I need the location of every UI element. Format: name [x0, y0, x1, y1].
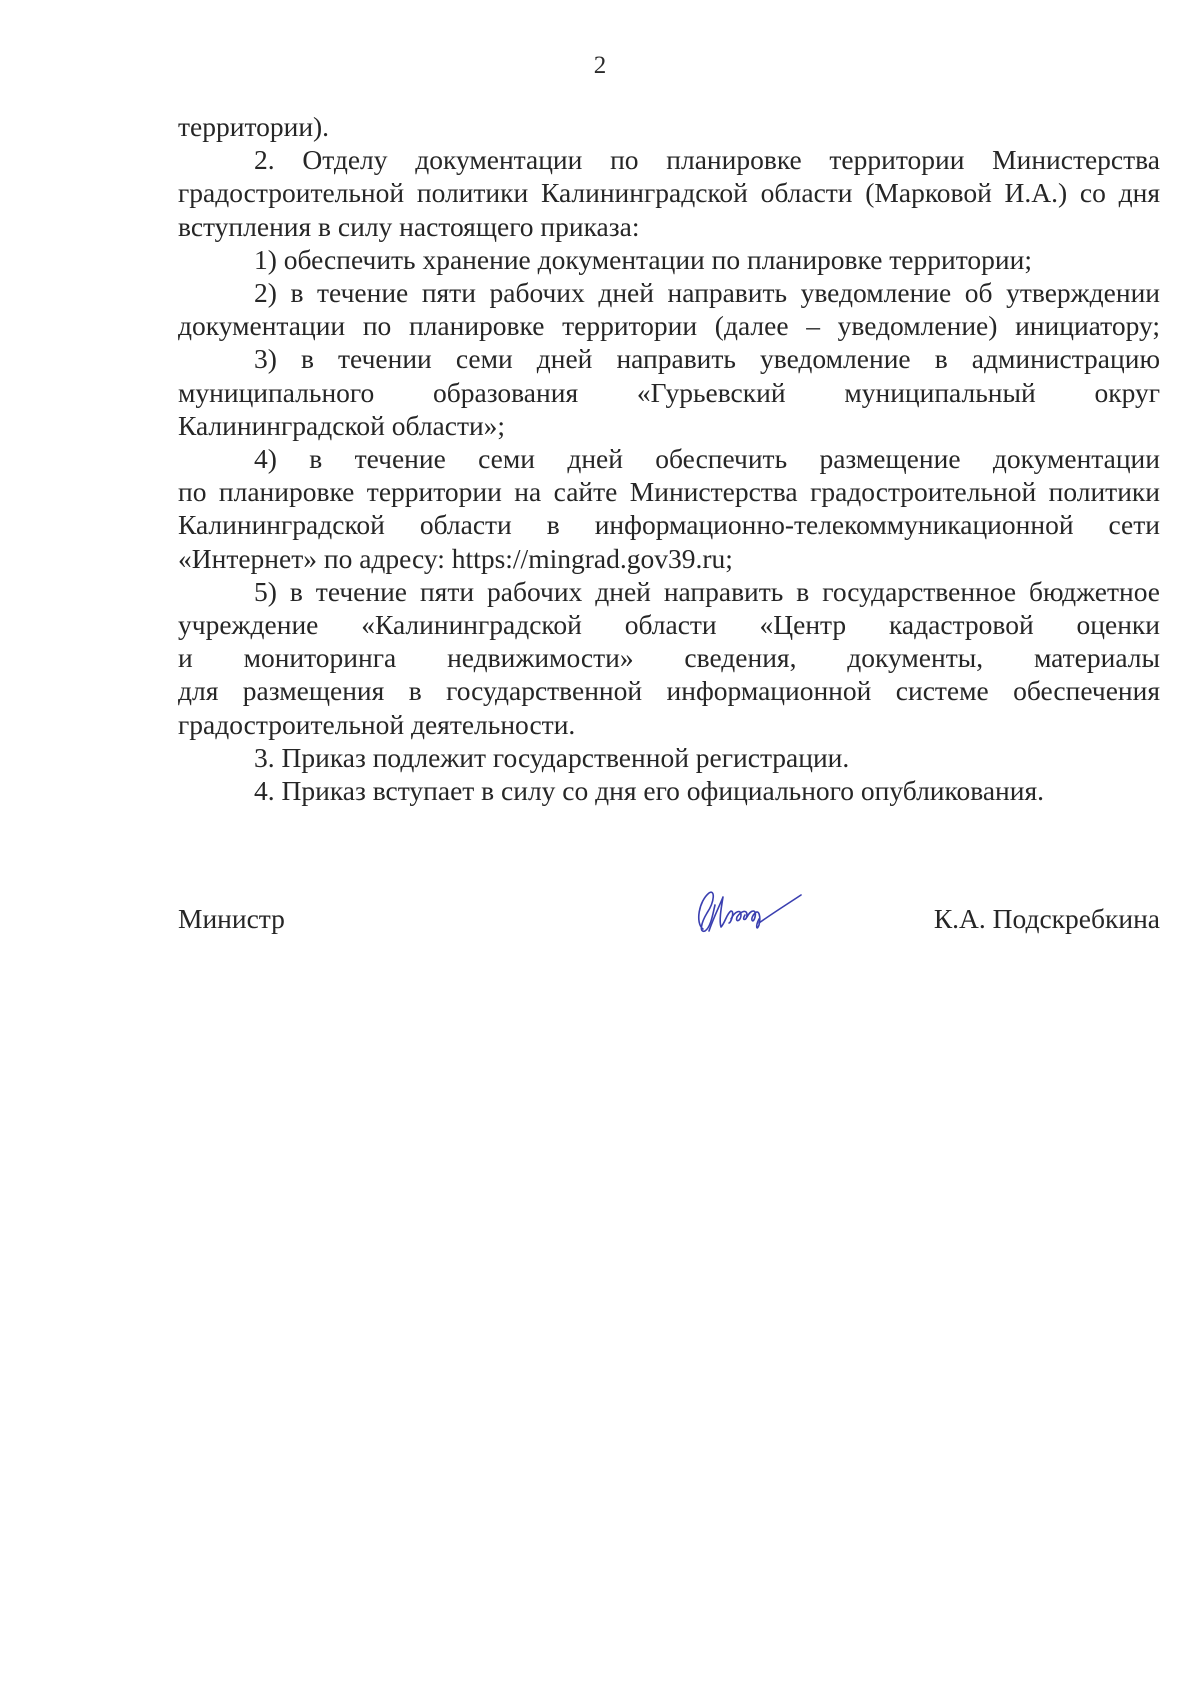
- text-line: 1) обеспечить хранение документации по п…: [178, 243, 1160, 276]
- text-line: муниципального образования «Гурьевский м…: [178, 376, 1160, 409]
- text-line: и мониторинга недвижимости» сведения, до…: [178, 641, 1160, 674]
- paragraph-item-4: 4. Приказ вступает в силу со дня его офи…: [178, 774, 1160, 807]
- text-line: 5) в течение пяти рабочих дней направить…: [178, 575, 1160, 608]
- paragraph-item-2-2: 2) в течение пяти рабочих дней направить…: [178, 276, 1160, 342]
- text-line: вступления в силу настоящего приказа:: [178, 210, 1160, 243]
- position-title: Министр: [178, 903, 285, 935]
- text-line: учреждение «Калининградской области «Цен…: [178, 608, 1160, 641]
- paragraph-item-2: 2. Отделу документации по планировке тер…: [178, 143, 1160, 243]
- text-line: 3) в течении семи дней направить уведомл…: [178, 342, 1160, 375]
- document-body: территории). 2. Отделу документации по п…: [178, 110, 1160, 807]
- text-line: градостроительной деятельности.: [178, 708, 1160, 741]
- text-line: 3. Приказ подлежит государственной регис…: [178, 741, 1160, 774]
- signer-name: К.А. Подскребкина: [934, 903, 1160, 935]
- handwritten-signature-icon: [685, 883, 805, 943]
- paragraph-item-3: 3. Приказ подлежит государственной регис…: [178, 741, 1160, 774]
- document-page: 2 территории). 2. Отделу документации по…: [0, 0, 1200, 1697]
- paragraph-item-2-5: 5) в течение пяти рабочих дней направить…: [178, 575, 1160, 741]
- signature-block: Министр К.А. Подскребкина: [178, 895, 1160, 955]
- paragraph-continuation: территории).: [178, 110, 1160, 143]
- text-line: градостроительной политики Калининградск…: [178, 176, 1160, 209]
- text-line: 4) в течение семи дней обеспечить размещ…: [178, 442, 1160, 475]
- page-number: 2: [0, 52, 1200, 80]
- text-line: «Интернет» по адресу: https://mingrad.go…: [178, 542, 1160, 575]
- text-line: 2. Отделу документации по планировке тер…: [178, 143, 1160, 176]
- paragraph-item-2-1: 1) обеспечить хранение документации по п…: [178, 243, 1160, 276]
- paragraph-item-2-4: 4) в течение семи дней обеспечить размещ…: [178, 442, 1160, 575]
- text-line: 4. Приказ вступает в силу со дня его офи…: [178, 774, 1160, 807]
- text-line: Калининградской области»;: [178, 409, 1160, 442]
- text-line: Калининградской области в информационно-…: [178, 508, 1160, 541]
- text-line: 2) в течение пяти рабочих дней направить…: [178, 276, 1160, 309]
- text-line: по планировке территории на сайте Минист…: [178, 475, 1160, 508]
- text-line: для размещения в государственной информа…: [178, 674, 1160, 707]
- paragraph-item-2-3: 3) в течении семи дней направить уведомл…: [178, 342, 1160, 442]
- text-line: территории).: [178, 110, 1160, 143]
- text-line: документации по планировке территории (д…: [178, 309, 1160, 342]
